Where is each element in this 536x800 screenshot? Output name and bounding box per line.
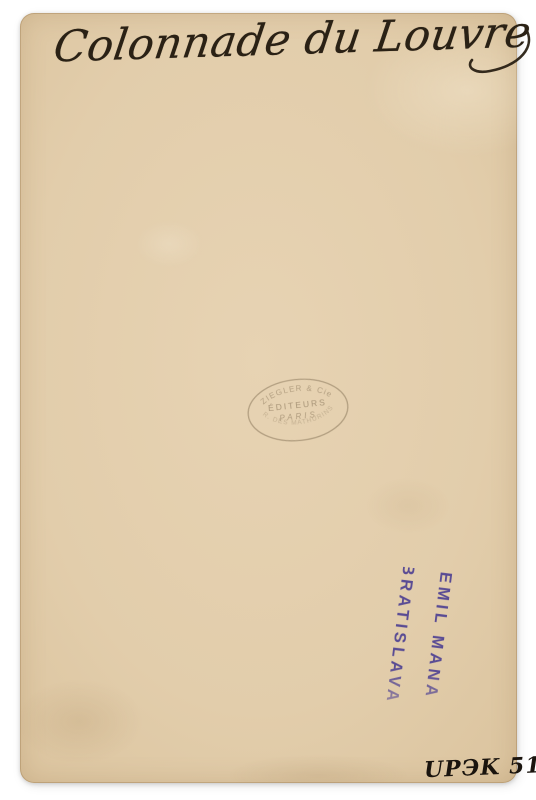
photographer-stamp: EMIL MANA BRATISLAVA bbox=[367, 565, 464, 753]
handwriting-flourish-stroke bbox=[466, 25, 534, 77]
handwritten-title: Colonnade du Louvre bbox=[50, 7, 534, 72]
inventory-number: UPЭK 5105 bbox=[424, 751, 536, 784]
publisher-oval-stamp: ZIEGLER & Cie ÉDITEURS PARIS R. DES MATH… bbox=[229, 357, 368, 462]
scan-background: Colonnade du Louvre ZIEGLER & Cie ÉDITEU… bbox=[0, 0, 536, 800]
stamp-editeurs-text: ÉDITEURS bbox=[268, 397, 328, 413]
photo-verso-card: Colonnade du Louvre ZIEGLER & Cie ÉDITEU… bbox=[20, 13, 517, 783]
